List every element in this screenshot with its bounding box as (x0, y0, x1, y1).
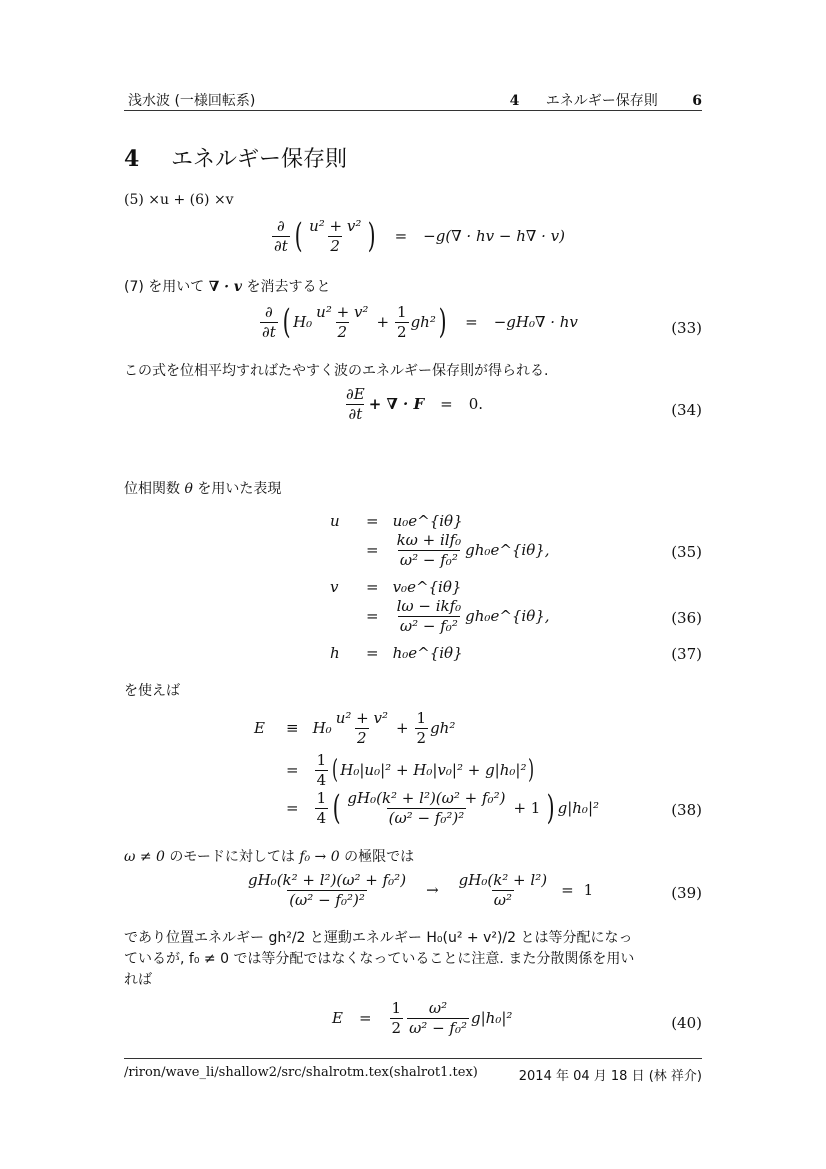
equation-36-line1: v = v₀e^{iθ} (330, 578, 461, 596)
footer-date-author: 2014 年 04 月 18 日 (林 祥介) (519, 1065, 702, 1084)
equation-rhs: −g(∇ · hv − h∇ · v) (423, 227, 565, 245)
equation-33: ∂∂t ( H₀ u² + v²2 + 12 gh² ) = −gH₀∇ · h… (258, 304, 578, 340)
equation-number-39: (39) (671, 884, 702, 902)
equation-number-33: (33) (671, 319, 702, 337)
paragraph-5: を使えば (124, 680, 180, 700)
footer-path: /riron/wave_li/shallow2/src/shalrotm.tex… (124, 1065, 478, 1080)
header-doc-title: 浅水波 (一様回転系) (128, 90, 255, 110)
page-footer: /riron/wave_li/shallow2/src/shalrotm.tex… (124, 1058, 702, 1059)
header-page-number: 6 (692, 93, 702, 109)
header-section-title: エネルギー保存則 (546, 93, 658, 109)
paragraph-1: (5) ×u + (6) ×v (124, 192, 234, 208)
equation-38-line2: = 14 ( H₀|u₀|² + H₀|v₀|² + g|h₀|² ) (272, 752, 537, 788)
equation-40: E = 12 ω²ω² − f₀² g|h₀|² (332, 1000, 512, 1036)
equation-unnumbered: ∂∂t ( u² + v²2 ) = −g(∇ · hv − h∇ · v) (270, 218, 565, 254)
section-heading: 4 エネルギー保存則 (124, 142, 347, 173)
equation-35-line1: u = u₀e^{iθ} (330, 512, 463, 530)
section-number: 4 (124, 146, 139, 172)
equation-number-34: (34) (671, 401, 702, 419)
header-section-number: 4 (510, 93, 520, 109)
equation-number-40: (40) (671, 1014, 702, 1032)
equation-36-line2: = lω − ikf₀ω² − f₀² gh₀e^{iθ}, (352, 598, 550, 634)
fraction: u² + v²2 (307, 218, 363, 254)
equation-38-line3: = 14 ( gH₀(k² + l²)(ω² + f₀²)(ω² − f₀²)²… (272, 790, 599, 826)
partial-derivative: ∂∂t (272, 218, 290, 254)
equation-39: gH₀(k² + l²)(ω² + f₀²)(ω² − f₀²)² → gH₀(… (244, 872, 593, 908)
paragraph-3: この式を位相平均すればたやすく波のエネルギー保存則が得られる. (124, 360, 548, 380)
equals-sign: = (395, 227, 408, 245)
header-right: 4 エネルギー保存則 6 (510, 90, 702, 110)
equation-number-38: (38) (671, 801, 702, 819)
equation-number-37: (37) (671, 645, 702, 663)
left-paren: ( (294, 219, 302, 253)
running-header: 浅水波 (一様回転系) 4 エネルギー保存則 6 (124, 88, 702, 111)
paragraph-6: ω ≠ 0 のモードに対しては f₀ → 0 の極限では (124, 846, 414, 866)
section-title: エネルギー保存則 (171, 147, 347, 172)
equation-number-35: (35) (671, 543, 702, 561)
document-page: 浅水波 (一様回転系) 4 エネルギー保存則 6 4 エネルギー保存則 (5) … (0, 0, 826, 1169)
equation-35-line2: = kω + ilf₀ω² − f₀² gh₀e^{iθ}, (352, 532, 550, 568)
equation-number-36: (36) (671, 609, 702, 627)
equation-34: ∂E∂t + ∇ · F = 0. (342, 386, 483, 422)
paragraph-7: であり位置エネルギー gh²/2 と運動エネルギー H₀(u² + v²)/2 … (124, 928, 704, 991)
equation-37: h = h₀e^{iθ} (330, 644, 463, 662)
right-paren: ) (368, 219, 376, 253)
equation-38-line1: E ≡ H₀ u² + v²2 + 12 gh² (254, 710, 455, 746)
paragraph-2: (7) を用いて ∇ · v を消去すると (124, 276, 331, 296)
paragraph-4: 位相関数 θ を用いた表現 (124, 478, 281, 498)
